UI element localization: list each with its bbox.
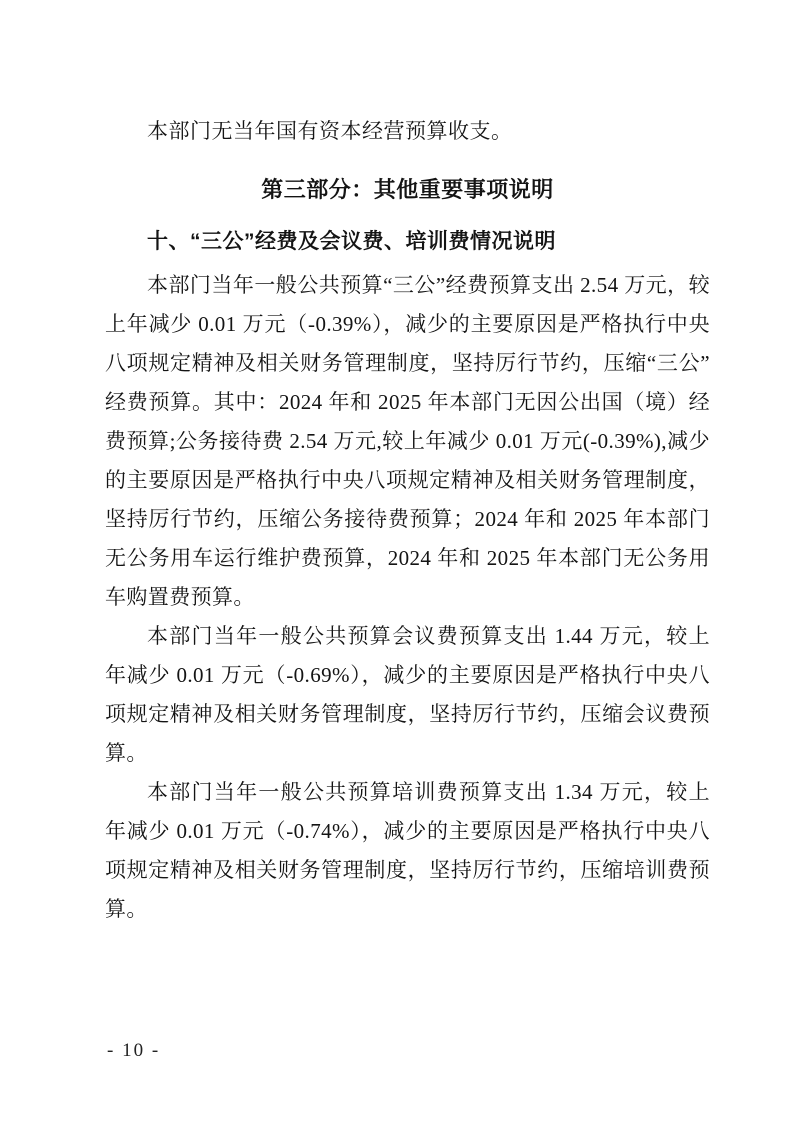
page-number: - 10 -: [107, 1038, 160, 1064]
document-page: 本部门无当年国有资本经营预算收支。 第三部分：其他重要事项说明 十、“三公”经费…: [0, 0, 793, 1122]
body-paragraph-training-fee: 本部门当年一般公共预算培训费预算支出 1.34 万元，较上年减少 0.01 万元…: [105, 773, 710, 929]
section-title: 第三部分：其他重要事项说明: [105, 170, 710, 210]
body-paragraph-sangong: 本部门当年一般公共预算“三公”经费预算支出 2.54 万元，较上年减少 0.01…: [105, 266, 710, 617]
document-content: 本部门无当年国有资本经营预算收支。 第三部分：其他重要事项说明 十、“三公”经费…: [105, 112, 710, 929]
subsection-title: 十、“三公”经费及会议费、培训费情况说明: [105, 222, 710, 262]
intro-paragraph: 本部门无当年国有资本经营预算收支。: [105, 112, 710, 151]
body-paragraph-meeting-fee: 本部门当年一般公共预算会议费预算支出 1.44 万元，较上年减少 0.01 万元…: [105, 617, 710, 773]
